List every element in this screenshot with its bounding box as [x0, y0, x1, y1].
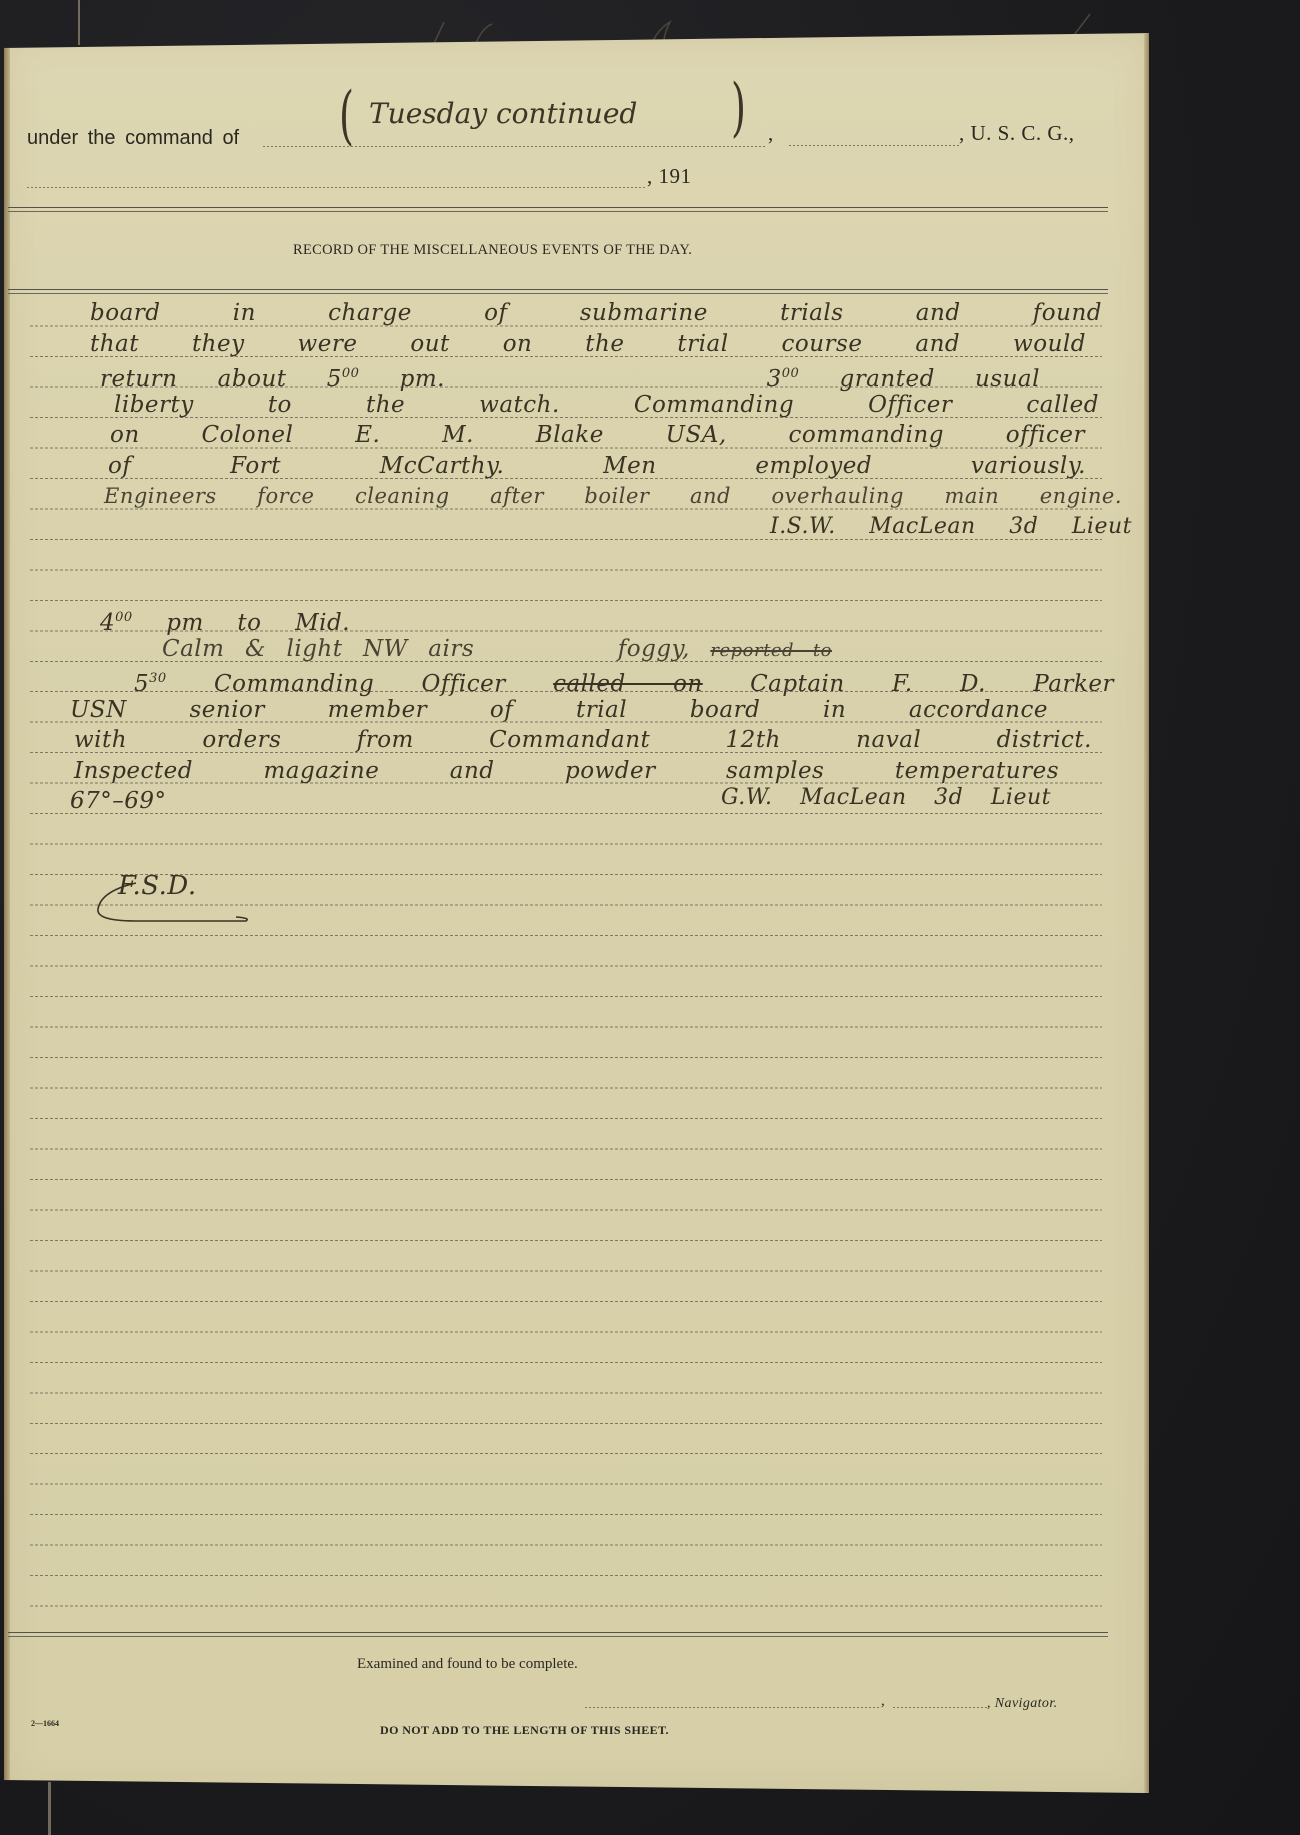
footer-divider — [8, 1632, 1108, 1637]
log-text: 4 — [100, 610, 115, 636]
log-line: return about 500 pm. 300 granted usual — [100, 359, 1040, 389]
log-text: 3 — [767, 366, 782, 392]
log-line: Engineers force cleaning after boiler an… — [104, 481, 1122, 511]
page-edge-left — [4, 33, 10, 1793]
binding-stitch-bottom — [48, 1782, 51, 1835]
navigator-label: , Navigator. — [987, 1696, 1058, 1712]
log-line: liberty to the watch. Commanding Officer… — [114, 390, 1099, 420]
year-label: , 191 — [647, 164, 692, 189]
log-line: board in charge of submarine trials and … — [90, 298, 1102, 328]
command-close-paren: ) — [731, 71, 746, 145]
length-warning: DO NOT ADD TO THE LENGTH OF THIS SHEET. — [380, 1723, 669, 1738]
log-text-struck: reported to — [710, 640, 832, 661]
watch-officer-signature: I.S.W. MacLean 3d Lieut — [770, 512, 1132, 542]
rank-field-line — [789, 145, 959, 146]
command-label: under the command of — [27, 127, 239, 150]
log-line: of Fort McCarthy. Men employed variously… — [108, 451, 1086, 481]
temperature-reading: 67°–69° — [70, 786, 185, 816]
log-superscript: 00 — [342, 366, 360, 381]
log-text: Commanding Officer — [214, 671, 506, 697]
log-text: Calm & light NW airs — [162, 636, 474, 662]
examined-label: Examined and found to be complete. — [357, 1656, 578, 1673]
log-line: that they were out on the trial course a… — [90, 329, 1086, 359]
initials-flourish-icon — [96, 871, 266, 931]
approval-initials: F.S.D. — [96, 871, 266, 931]
log-text: foggy, — [618, 636, 690, 662]
log-line: with orders from Commandant 12th naval d… — [74, 725, 1092, 755]
examiner-comma: , — [881, 1693, 885, 1710]
command-open-paren: ( — [339, 79, 354, 153]
log-text: pm to Mid. — [166, 610, 350, 636]
logbook-page: under the command of ( Tuesday continued… — [4, 33, 1149, 1793]
watch-heading: 400 pm to Mid. — [100, 603, 350, 633]
date-field-line — [27, 187, 647, 188]
section-title: RECORD OF THE MISCELLANEOUS EVENTS OF TH… — [293, 242, 692, 259]
log-line: Calm & light NW airs foggy, reported to — [162, 634, 832, 664]
log-line: on Colonel E. M. Blake USA, commanding o… — [110, 420, 1085, 450]
log-line: 530 Commanding Officer called on Captain… — [134, 664, 1114, 694]
log-line: Inspected magazine and powder samples te… — [74, 756, 1059, 786]
log-line: USN senior member of trial board in acco… — [70, 695, 1048, 725]
section-divider — [8, 289, 1108, 294]
log-text-struck: called on — [553, 671, 703, 697]
log-text: 5 — [134, 671, 149, 697]
examiner-name-line — [585, 1707, 879, 1708]
form-number: 2—1664 — [31, 1719, 59, 1728]
log-text: Captain F. D. Parker — [750, 671, 1114, 697]
examiner-rank-line — [893, 1707, 987, 1708]
command-comma: , — [768, 121, 774, 146]
log-superscript: 00 — [115, 610, 133, 625]
log-text: return about 5 — [100, 366, 342, 392]
log-superscript: 30 — [149, 671, 167, 686]
log-text: granted usual — [839, 366, 1040, 392]
header-divider — [8, 207, 1108, 212]
watch-officer-signature: G.W. MacLean 3d Lieut — [721, 783, 1051, 813]
log-superscript: 00 — [782, 366, 800, 381]
page-edge-right — [1144, 33, 1149, 1793]
command-name-handwritten: Tuesday continued — [369, 97, 637, 130]
uscg-label: , U. S. C. G., — [959, 121, 1075, 146]
log-text: pm. — [400, 366, 445, 392]
